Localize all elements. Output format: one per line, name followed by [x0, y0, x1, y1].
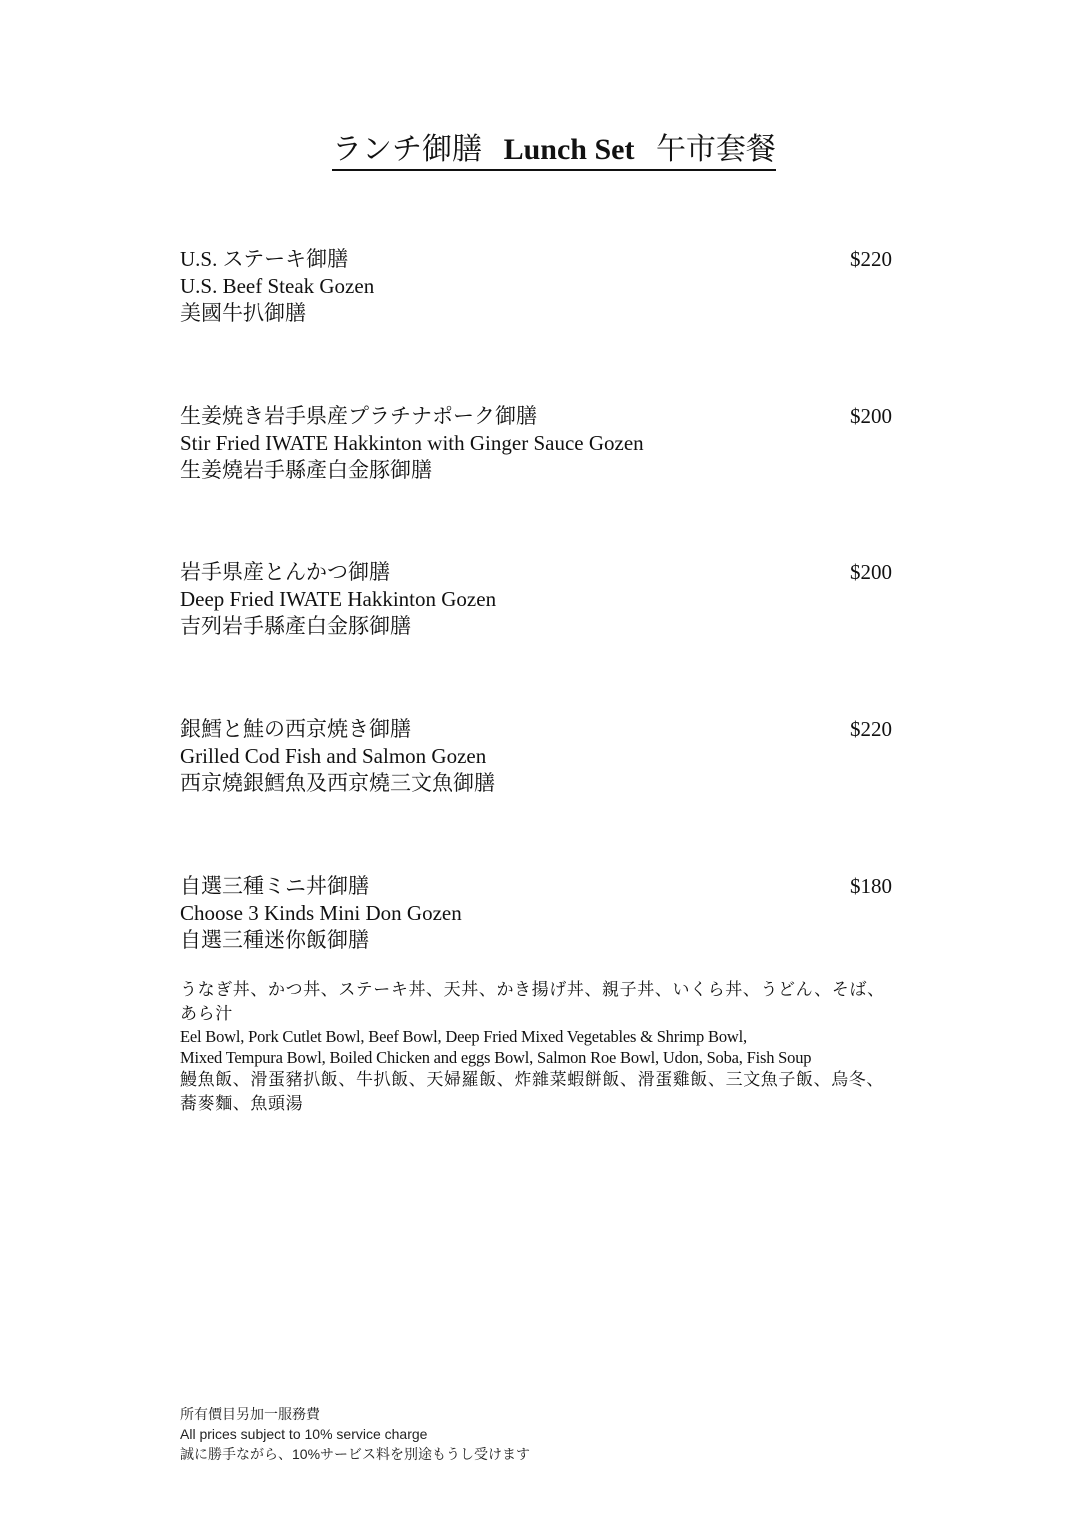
item-name-japanese: 岩手県産とんかつ御膳: [180, 559, 892, 586]
item-name-japanese: 生姜焼き岩手県産プラチナポーク御膳: [180, 403, 892, 430]
options-japanese: うなぎ丼、かつ丼、ステーキ丼、天丼、かき揚げ丼、親子丼、いくら丼、うどん、そば、…: [180, 978, 900, 1026]
item-name-chinese: 美國牛扒御膳: [180, 300, 892, 327]
title-english: Lunch Set: [504, 133, 635, 166]
menu-item-cod-salmon: 銀鱈と鮭の西京焼き御膳 Grilled Cod Fish and Salmon …: [180, 716, 892, 797]
options-chinese: 鰻魚飯、滑蛋豬扒飯、牛扒飯、天婦羅飯、炸雜菜蝦餅飯、滑蛋雞飯、三文魚子飯、烏冬、…: [180, 1068, 900, 1116]
item-price: $200: [850, 559, 892, 586]
item-name-japanese: 銀鱈と鮭の西京焼き御膳: [180, 716, 892, 743]
item-name-english: Stir Fried IWATE Hakkinton with Ginger S…: [180, 430, 892, 457]
menu-item-mini-don: 自選三種ミニ丼御膳 Choose 3 Kinds Mini Don Gozen …: [180, 873, 892, 954]
item-price: $180: [850, 873, 892, 900]
item-name-chinese: 自選三種迷你飯御膳: [180, 927, 892, 954]
note-japanese: 誠に勝手ながら、10%サービス料を別途もうし受けます: [180, 1444, 530, 1464]
item-price: $200: [850, 403, 892, 430]
mini-don-options: うなぎ丼、かつ丼、ステーキ丼、天丼、かき揚げ丼、親子丼、いくら丼、うどん、そば、…: [180, 978, 900, 1116]
menu-item-beef-steak: U.S. ステーキ御膳 U.S. Beef Steak Gozen 美國牛扒御膳…: [180, 246, 892, 327]
item-price: $220: [850, 716, 892, 743]
item-name-english: U.S. Beef Steak Gozen: [180, 273, 892, 300]
title-chinese: 午市套餐: [656, 133, 776, 166]
title-underlined: ランチ御膳 Lunch Set 午市套餐: [332, 131, 776, 171]
item-name-english: Grilled Cod Fish and Salmon Gozen: [180, 743, 892, 770]
service-charge-note: 所有價目另加一服務費 All prices subject to 10% ser…: [180, 1404, 530, 1464]
item-name-japanese: U.S. ステーキ御膳: [180, 246, 892, 273]
title-japanese: ランチ御膳: [332, 133, 482, 166]
item-name-japanese: 自選三種ミニ丼御膳: [180, 873, 892, 900]
item-name-chinese: 吉列岩手縣產白金豚御膳: [180, 613, 892, 640]
note-english: All prices subject to 10% service charge: [180, 1424, 530, 1444]
menu-item-tonkatsu: 岩手県産とんかつ御膳 Deep Fried IWATE Hakkinton Go…: [180, 559, 892, 640]
item-name-chinese: 生姜燒岩手縣產白金豚御膳: [180, 457, 892, 484]
item-name-english: Deep Fried IWATE Hakkinton Gozen: [180, 586, 892, 613]
item-price: $220: [850, 246, 892, 273]
menu-item-ginger-pork: 生姜焼き岩手県産プラチナポーク御膳 Stir Fried IWATE Hakki…: [180, 403, 892, 484]
item-name-english: Choose 3 Kinds Mini Don Gozen: [180, 900, 892, 927]
options-english-line-1: Eel Bowl, Pork Cutlet Bowl, Beef Bowl, D…: [180, 1026, 900, 1047]
note-chinese: 所有價目另加一服務費: [180, 1404, 530, 1424]
options-english-line-2: Mixed Tempura Bowl, Boiled Chicken and e…: [180, 1047, 900, 1068]
page-title: ランチ御膳 Lunch Set 午市套餐: [0, 128, 1080, 172]
item-name-chinese: 西京燒銀鱈魚及西京燒三文魚御膳: [180, 770, 892, 797]
